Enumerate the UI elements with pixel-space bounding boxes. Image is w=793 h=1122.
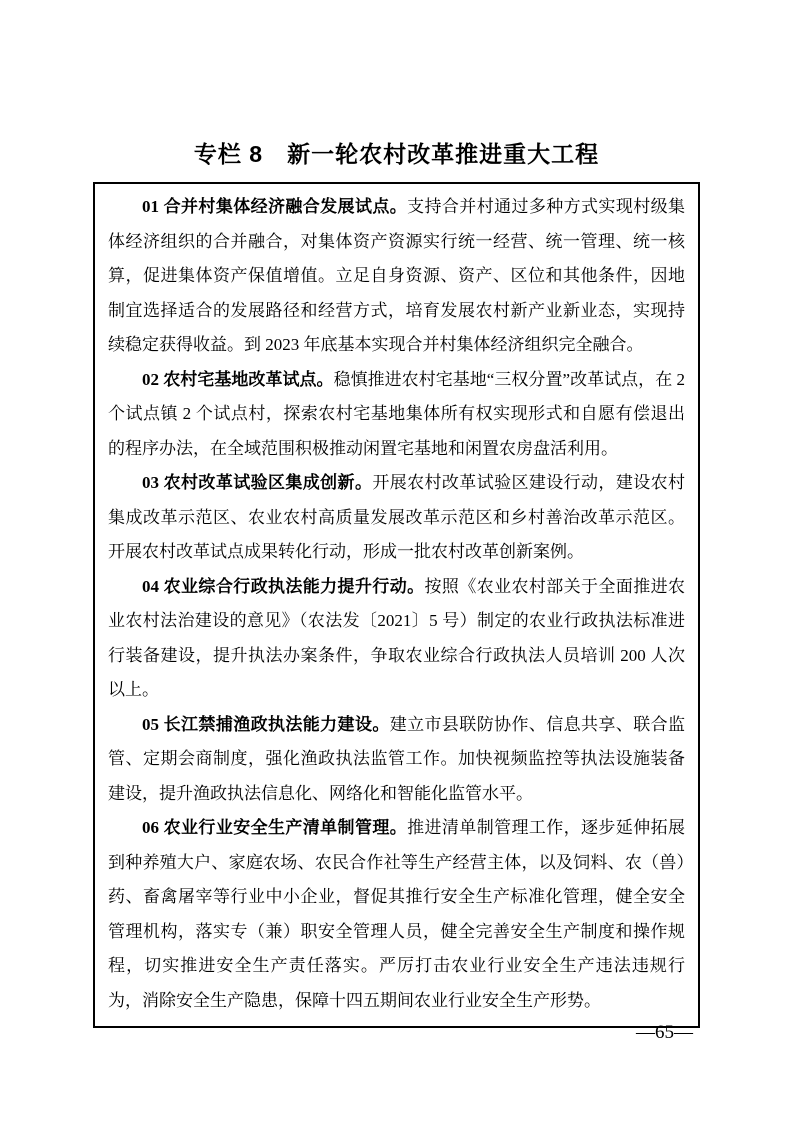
page-title: 专栏 8 新一轮农村改革推进重大工程 bbox=[0, 136, 793, 169]
item-01-lead: 01 合并村集体经济融合发展试点。 bbox=[142, 197, 407, 216]
box-item-03: 03 农村改革试验区集成创新。开展农村改革试验区建设行动，建设农村集成改革示范区… bbox=[108, 466, 685, 570]
box-item-06: 06 农业行业安全生产清单制管理。推进清单制管理工作，逐步延伸拓展到种养殖大户、… bbox=[108, 811, 685, 1018]
item-06-body: 推进清单制管理工作，逐步延伸拓展到种养殖大户、家庭农场、农民合作社等生产经营主体… bbox=[108, 818, 685, 1010]
box-item-05: 05 长江禁捕渔政执法能力建设。建立市县联防协作、信息共享、联合监管、定期会商制… bbox=[108, 708, 685, 812]
page-number: —65— bbox=[636, 1022, 693, 1044]
item-06-lead: 06 农业行业安全生产清单制管理。 bbox=[142, 818, 407, 837]
content-box: 01 合并村集体经济融合发展试点。支持合并村通过多种方式实现村级集体经济组织的合… bbox=[93, 182, 700, 1028]
item-05-lead: 05 长江禁捕渔政执法能力建设。 bbox=[142, 715, 390, 734]
document-page: 专栏 8 新一轮农村改革推进重大工程 01 合并村集体经济融合发展试点。支持合并… bbox=[0, 0, 793, 1122]
box-item-02: 02 农村宅基地改革试点。稳慎推进农村宅基地“三权分置”改革试点，在 2 个试点… bbox=[108, 363, 685, 467]
item-03-lead: 03 农村改革试验区集成创新。 bbox=[142, 473, 372, 492]
box-item-01: 01 合并村集体经济融合发展试点。支持合并村通过多种方式实现村级集体经济组织的合… bbox=[108, 190, 685, 363]
item-04-lead: 04 农业综合行政执法能力提升行动。 bbox=[142, 577, 425, 596]
item-01-body: 支持合并村通过多种方式实现村级集体经济组织的合并融合，对集体资产资源实行统一经营… bbox=[108, 197, 685, 354]
item-02-lead: 02 农村宅基地改革试点。 bbox=[142, 370, 334, 389]
box-item-04: 04 农业综合行政执法能力提升行动。按照《农业农村部关于全面推进农业农村法治建设… bbox=[108, 570, 685, 708]
